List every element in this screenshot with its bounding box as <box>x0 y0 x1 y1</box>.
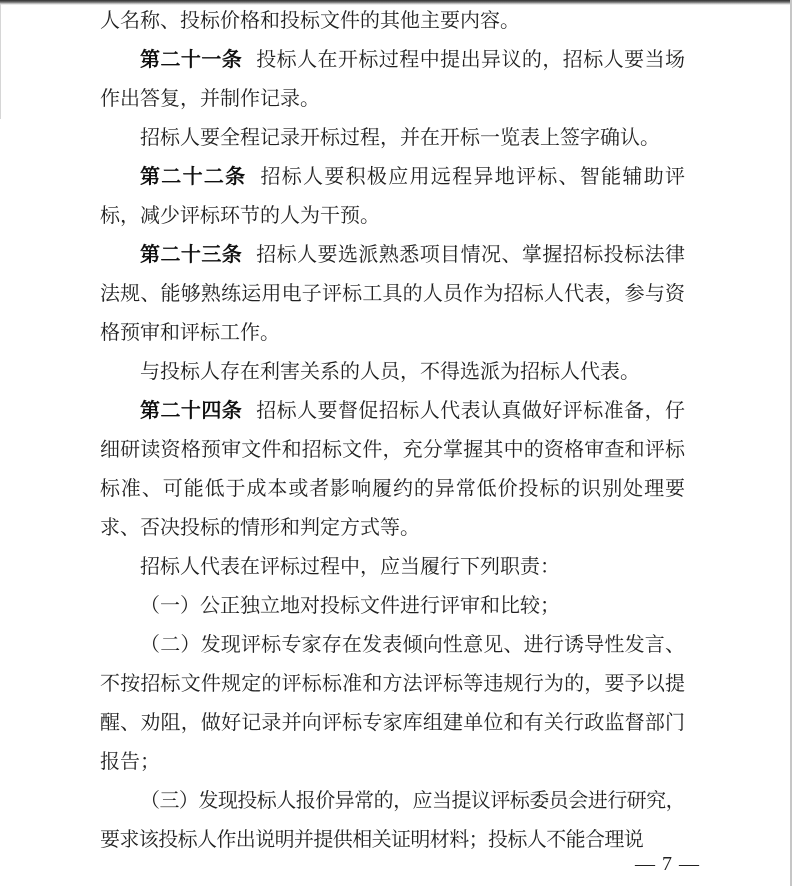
paragraph-text: 与投标人存在利害关系的人员，不得选派为招标人代表。 <box>140 361 640 383</box>
paragraph-article-21: 第二十一条投标人在开标过程中提出异议的，招标人要当场作出答复，并制作记录。 <box>100 41 685 119</box>
document-content: 人名称、投标价格和投标文件的其他主要内容。 第二十一条投标人在开标过程中提出异议… <box>100 2 685 860</box>
paragraph-text: （一）公正独立地对投标文件进行评审和比较； <box>140 595 560 617</box>
article-number: 第二十四条 <box>140 400 242 422</box>
paragraph-article-24: 第二十四条招标人要督促招标人代表认真做好评标准备，仔细研读资格预审文件和招标文件… <box>100 392 685 548</box>
document-page: 人名称、投标价格和投标文件的其他主要内容。 第二十一条投标人在开标过程中提出异议… <box>0 0 792 886</box>
paragraph-item-2: （二）发现评标专家存在发表倾向性意见、进行诱导性发言、不按招标文件规定的评标标准… <box>100 626 685 782</box>
page-number: — 7 — <box>0 853 700 876</box>
paragraph-article-22: 第二十二条招标人要积极应用远程异地评标、智能辅助评标，减少评标环节的人为干预。 <box>100 158 685 236</box>
paragraph-text: 人名称、投标价格和投标文件的其他主要内容。 <box>100 10 520 32</box>
paragraph-continuation: 人名称、投标价格和投标文件的其他主要内容。 <box>100 2 685 41</box>
paragraph-item-3: （三）发现投标人报价异常的，应当提议评标委员会进行研究，要求该投标人作出说明并提… <box>100 782 685 860</box>
article-number: 第二十三条 <box>140 244 242 266</box>
article-number: 第二十一条 <box>140 49 242 71</box>
paragraph: 招标人代表在评标过程中，应当履行下列职责： <box>100 548 685 587</box>
paragraph-article-23: 第二十三条招标人要选派熟悉项目情况、掌握招标投标法律法规、能够熟练运用电子评标工… <box>100 236 685 353</box>
paragraph-text: （三）发现投标人报价异常的，应当提议评标委员会进行研究，要求该投标人作出说明并提… <box>100 790 685 851</box>
paragraph: 招标人要全程记录开标过程，并在开标一览表上签字确认。 <box>100 119 685 158</box>
paragraph-item-1: （一）公正独立地对投标文件进行评审和比较； <box>100 587 685 626</box>
paragraph-text: （二）发现评标专家存在发表倾向性意见、进行诱导性发言、不按招标文件规定的评标标准… <box>100 634 685 773</box>
paragraph-text: 招标人代表在评标过程中，应当履行下列职责： <box>140 556 560 578</box>
scan-edge-left <box>0 4 1 119</box>
article-number: 第二十二条 <box>140 166 246 188</box>
paragraph: 与投标人存在利害关系的人员，不得选派为招标人代表。 <box>100 353 685 392</box>
paragraph-text: 招标人要全程记录开标过程，并在开标一览表上签字确认。 <box>140 127 660 149</box>
